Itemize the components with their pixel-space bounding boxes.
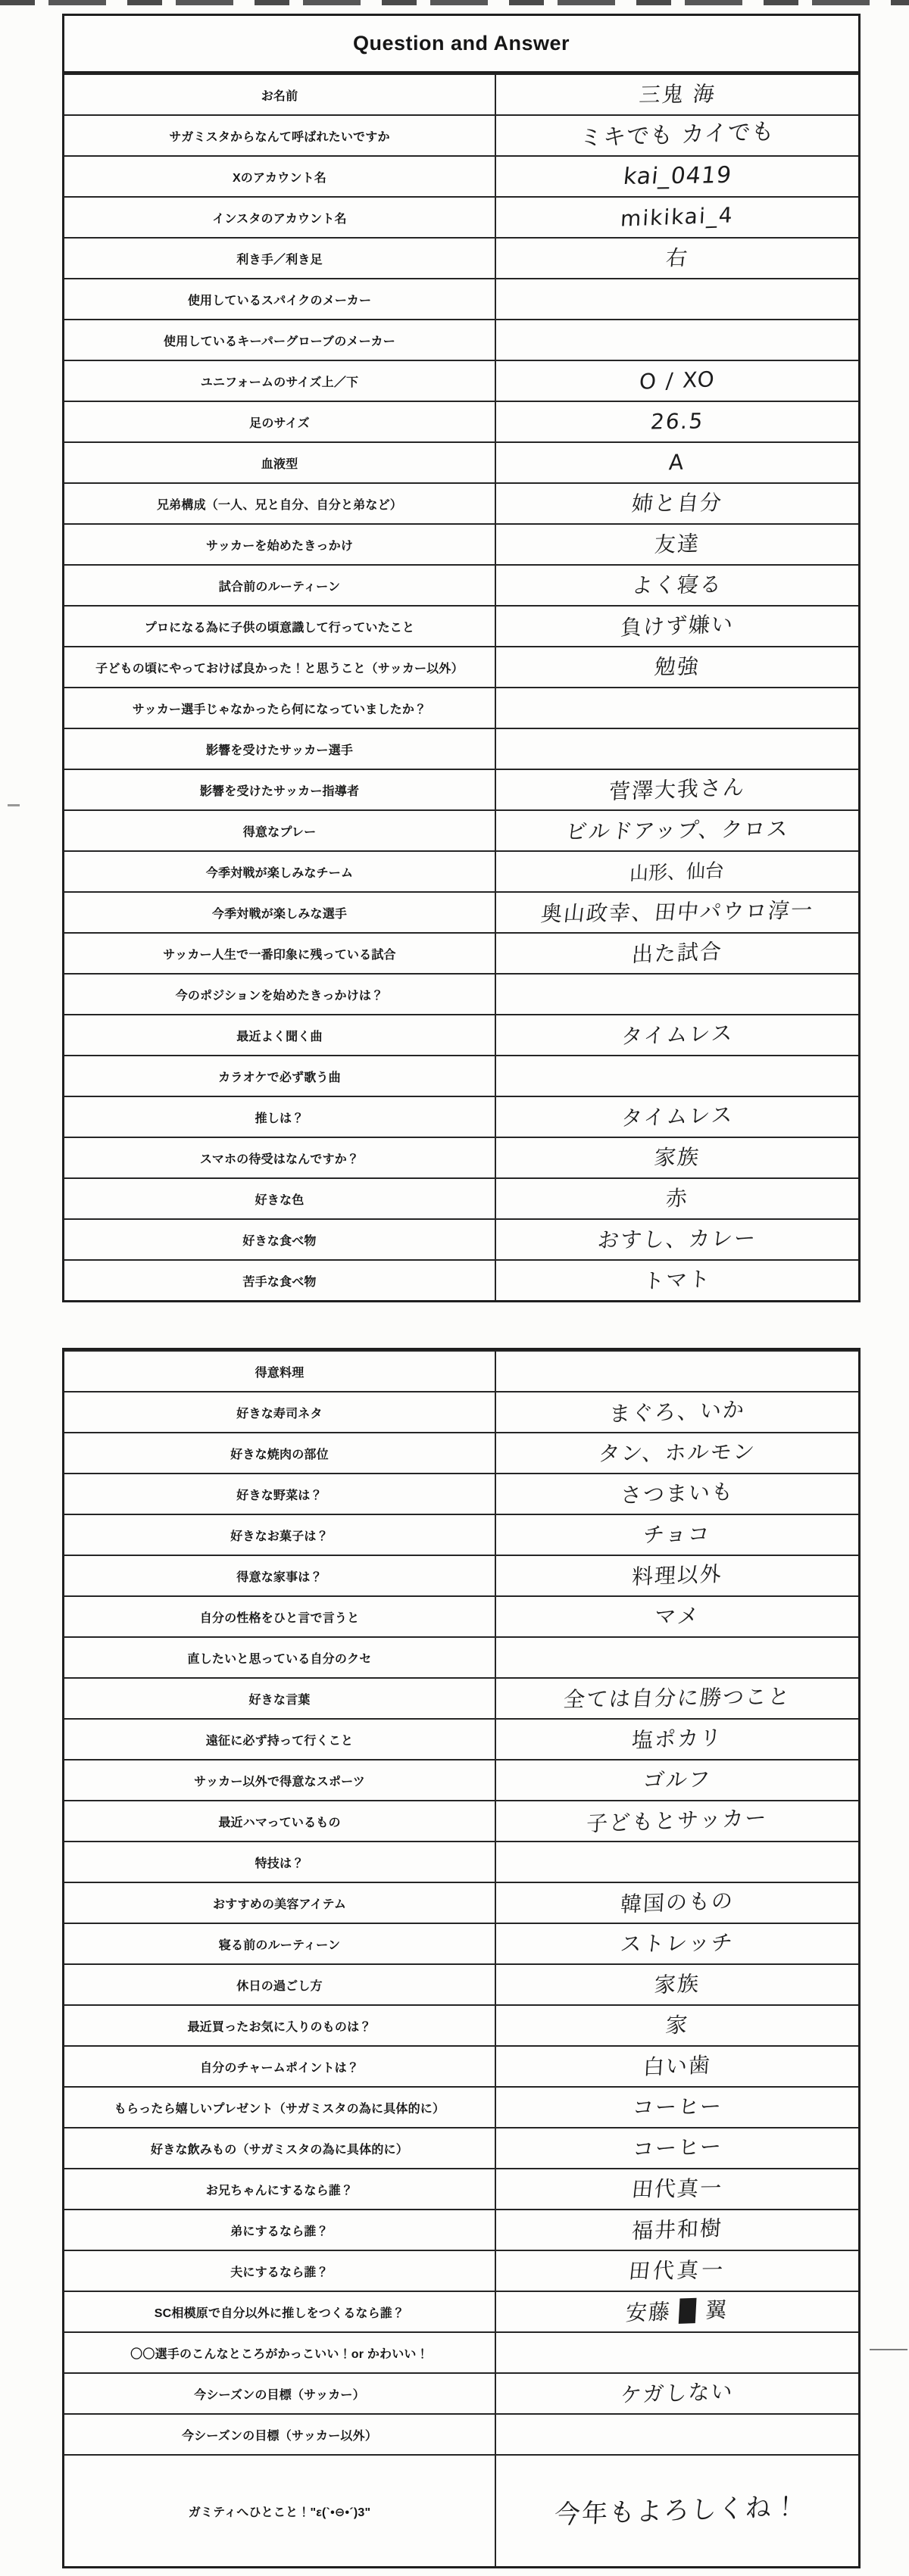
answer-cell: 26.5 bbox=[496, 402, 858, 441]
answer-handwriting: 赤 bbox=[665, 1187, 689, 1209]
answer-cell: 安藤 █ 翼 bbox=[496, 2292, 858, 2331]
answer-cell: 子どもとサッカー bbox=[496, 1801, 858, 1841]
question-cell: 特技は？ bbox=[64, 1842, 496, 1882]
qa-row: 〇〇選手のこんなところがかっこいい！or かわいい！ bbox=[64, 2331, 858, 2372]
qa-row: 最近よく聞く曲 タイムレス bbox=[64, 1014, 858, 1055]
answer-handwriting: タイムレス bbox=[620, 1104, 734, 1129]
qa-row: 好きな言葉 全ては自分に勝つこと bbox=[64, 1677, 858, 1718]
answer-cell: 勉強 bbox=[496, 647, 858, 687]
answer-cell: 家 bbox=[496, 2006, 858, 2045]
question-cell: 好きな食べ物 bbox=[64, 1220, 496, 1259]
question-cell: 最近買ったお気に入りのものは？ bbox=[64, 2006, 496, 2045]
answer-handwriting: ケガしない bbox=[620, 2381, 735, 2406]
qa-row: 兄弟構成（一人、兄と自分、自分と弟など） 姉と自分 bbox=[64, 482, 858, 523]
answer-handwriting: 田代真一 bbox=[630, 2178, 723, 2200]
qa-row: 好きな色 赤 bbox=[64, 1177, 858, 1218]
answer-handwriting: トマト bbox=[642, 1268, 711, 1292]
question-cell: 子どもの頃にやっておけば良かった！と思うこと（サッカー以外） bbox=[64, 647, 496, 687]
answer-handwriting: よく寝る bbox=[630, 574, 723, 597]
answer-cell: 家族 bbox=[496, 1138, 858, 1177]
form-title: Question and Answer bbox=[64, 16, 858, 73]
qa-row: ガミティへひとこと！"ε(`•⊖•´)3" 今年もよろしくね！ bbox=[64, 2454, 858, 2566]
question-cell: 遠征に必ず持って行くこと bbox=[64, 1720, 496, 1759]
qa-row: SC相模原で自分以外に推しをつくるなら誰？ 安藤 █ 翼 bbox=[64, 2291, 858, 2331]
answer-handwriting: 奥山政幸、田中パウロ淳一 bbox=[539, 900, 814, 925]
answer-handwriting: 料理以外 bbox=[631, 1564, 723, 1588]
answer-handwriting: A bbox=[669, 452, 686, 474]
answer-cell bbox=[496, 2415, 858, 2454]
answer-handwriting: kai_0419 bbox=[622, 164, 733, 189]
qa-row: 使用しているキーパーグローブのメーカー bbox=[64, 319, 858, 360]
question-cell: 推しは？ bbox=[64, 1097, 496, 1137]
qa-row: 今季対戦が楽しみなチーム 山形、仙台 bbox=[64, 850, 858, 891]
question-cell: サッカー以外で得意なスポーツ bbox=[64, 1760, 496, 1800]
answer-cell bbox=[496, 1352, 858, 1391]
answer-cell bbox=[496, 320, 858, 360]
qa-row: おすすめの美容アイテム 韓国のもの bbox=[64, 1882, 858, 1923]
qa-row: 最近ハマっているもの 子どもとサッカー bbox=[64, 1800, 858, 1841]
answer-handwriting: コーヒー bbox=[632, 2136, 723, 2160]
question-cell: サガミスタからなんて呼ばれたいですか bbox=[64, 116, 496, 155]
question-cell: 最近ハマっているもの bbox=[64, 1801, 496, 1841]
qa-row: 足のサイズ 26.5 bbox=[64, 401, 858, 441]
question-cell: 苦手な食べ物 bbox=[64, 1261, 496, 1300]
question-cell: 今シーズンの目標（サッカー以外） bbox=[64, 2415, 496, 2454]
answer-cell: 白い歯 bbox=[496, 2047, 858, 2086]
qa-row: サッカー人生で一番印象に残っている試合 出た試合 bbox=[64, 932, 858, 973]
question-cell: 足のサイズ bbox=[64, 402, 496, 441]
answer-handwriting: 韓国のもの bbox=[620, 1890, 734, 1915]
question-cell: ガミティへひとこと！"ε(`•⊖•´)3" bbox=[64, 2456, 496, 2566]
question-cell: おすすめの美容アイテム bbox=[64, 1883, 496, 1923]
answer-handwriting: ストレッチ bbox=[620, 1932, 736, 1955]
question-cell: ユニフォームのサイズ上／下 bbox=[64, 361, 496, 401]
answer-cell: 韓国のもの bbox=[496, 1883, 858, 1923]
question-cell: お名前 bbox=[64, 75, 496, 114]
answer-cell: まぐろ、いか bbox=[496, 1392, 858, 1432]
question-cell: 好きなお菓子は？ bbox=[64, 1515, 496, 1555]
answer-cell bbox=[496, 1056, 858, 1096]
qa-row: 子どもの頃にやっておけば良かった！と思うこと（サッカー以外） 勉強 bbox=[64, 646, 858, 687]
question-cell: Xのアカウント名 bbox=[64, 157, 496, 196]
qa-row: 今季対戦が楽しみな選手 奥山政幸、田中パウロ淳一 bbox=[64, 891, 858, 932]
answer-handwriting: 菅澤大我さん bbox=[608, 777, 745, 803]
question-cell: 弟にするなら誰？ bbox=[64, 2210, 496, 2250]
question-cell: 好きな焼肉の部位 bbox=[64, 1433, 496, 1473]
answer-handwriting: ゴルフ bbox=[642, 1769, 712, 1791]
answer-handwriting: 今年もよろしくね！ bbox=[554, 2493, 801, 2528]
qa-row: 血液型 A bbox=[64, 441, 858, 482]
question-cell: 直したいと思っている自分のクセ bbox=[64, 1638, 496, 1677]
answer-handwriting: 家 bbox=[664, 2015, 689, 2036]
answer-cell: O / XO bbox=[496, 361, 858, 401]
answer-handwriting: 山形、仙台 bbox=[629, 860, 725, 882]
answer-cell bbox=[496, 2333, 858, 2372]
answer-cell: mikikai_4 bbox=[496, 198, 858, 237]
answer-cell: マメ bbox=[496, 1597, 858, 1636]
answer-cell: 菅澤大我さん bbox=[496, 770, 858, 809]
question-cell: スマホの待受はなんですか？ bbox=[64, 1138, 496, 1177]
answer-handwriting: 右 bbox=[664, 248, 689, 269]
answer-handwriting: ビルドアップ、クロス bbox=[564, 819, 790, 843]
answer-cell: 料理以外 bbox=[496, 1556, 858, 1595]
qa-row: プロになる為に子供の頃意識して行っていたこと 負けず嫌い bbox=[64, 605, 858, 646]
qa-row: 寝る前のルーティーン ストレッチ bbox=[64, 1923, 858, 1963]
answer-cell bbox=[496, 1638, 858, 1677]
answer-handwriting: 家族 bbox=[654, 1973, 700, 1996]
answer-cell bbox=[496, 1842, 858, 1882]
qa-row: インスタのアカウント名 mikikai_4 bbox=[64, 196, 858, 237]
answer-cell: 福井和樹 bbox=[496, 2210, 858, 2250]
qa-row: サガミスタからなんて呼ばれたいですか ミキでも カイでも bbox=[64, 114, 858, 155]
question-cell: プロになる為に子供の頃意識して行っていたこと bbox=[64, 607, 496, 646]
qa-row: 休日の過ごし方 家族 bbox=[64, 1963, 858, 2004]
qa-row: 弟にするなら誰？ 福井和樹 bbox=[64, 2209, 858, 2250]
answer-handwriting: 福井和樹 bbox=[631, 2218, 723, 2242]
answer-handwriting: 出た試合 bbox=[631, 941, 723, 965]
answer-cell: おすし、カレー bbox=[496, 1220, 858, 1259]
answer-handwriting: 負けず嫌い bbox=[620, 613, 734, 638]
qa-row: 試合前のルーティーン よく寝る bbox=[64, 564, 858, 605]
qa-row: 好きな食べ物 おすし、カレー bbox=[64, 1218, 858, 1259]
answer-cell: 右 bbox=[496, 239, 858, 278]
question-cell: サッカー人生で一番印象に残っている試合 bbox=[64, 934, 496, 973]
answer-handwriting: タイムレス bbox=[620, 1022, 734, 1047]
qa-row: 好きな野菜は？ さつまいも bbox=[64, 1473, 858, 1514]
answer-cell: よく寝る bbox=[496, 566, 858, 605]
qa-row: 好きなお菓子は？ チョコ bbox=[64, 1514, 858, 1555]
answer-cell: 今年もよろしくね！ bbox=[496, 2456, 858, 2566]
answer-cell: 友達 bbox=[496, 525, 858, 564]
question-cell: 夫にするなら誰？ bbox=[64, 2251, 496, 2291]
question-cell: 休日の過ごし方 bbox=[64, 1965, 496, 2004]
question-cell: 影響を受けたサッカー指導者 bbox=[64, 770, 496, 809]
question-cell: 今シーズンの目標（サッカー） bbox=[64, 2374, 496, 2413]
question-cell: 今季対戦が楽しみな選手 bbox=[64, 893, 496, 932]
question-cell: 得意料理 bbox=[64, 1352, 496, 1391]
qa-row: 影響を受けたサッカー選手 bbox=[64, 728, 858, 769]
question-cell: 最近よく聞く曲 bbox=[64, 1015, 496, 1055]
answer-handwriting: 塩ポカリ bbox=[631, 1727, 723, 1751]
answer-cell: 三鬼 海 bbox=[496, 75, 858, 114]
qa-row: お名前 三鬼 海 bbox=[64, 73, 858, 114]
answer-cell: A bbox=[496, 443, 858, 482]
qa-row: カラオケで必ず歌う曲 bbox=[64, 1055, 858, 1096]
question-cell: 今のポジションを始めたきっかけは？ bbox=[64, 975, 496, 1014]
qa-row: 遠征に必ず持って行くこと 塩ポカリ bbox=[64, 1718, 858, 1759]
answer-handwriting: mikikai_4 bbox=[620, 204, 735, 229]
qa-row: 今のポジションを始めたきっかけは？ bbox=[64, 973, 858, 1014]
answer-cell: 田代真一 bbox=[496, 2169, 858, 2209]
answer-handwriting: まぐろ、いか bbox=[608, 1399, 745, 1425]
qa-rows: お名前 三鬼 海 サガミスタからなんて呼ばれたいですか ミキでも カイでも Xの… bbox=[64, 73, 858, 1300]
qa-row: 影響を受けたサッカー指導者 菅澤大我さん bbox=[64, 769, 858, 809]
question-cell: 得意なプレー bbox=[64, 811, 496, 850]
answer-cell: ストレッチ bbox=[496, 1924, 858, 1963]
qa-row: 好きな飲みもの（サガミスタの為に具体的に） コーヒー bbox=[64, 2127, 858, 2168]
question-cell: 好きな飲みもの（サガミスタの為に具体的に） bbox=[64, 2128, 496, 2168]
qa-table-1: Question and Answer お名前 三鬼 海 サガミスタからなんて呼… bbox=[62, 14, 861, 1302]
question-cell: お兄ちゃんにするなら誰？ bbox=[64, 2169, 496, 2209]
qa-row: 得意な家事は？ 料理以外 bbox=[64, 1555, 858, 1595]
answer-cell: 家族 bbox=[496, 1965, 858, 2004]
qa-row: 推しは？ タイムレス bbox=[64, 1096, 858, 1137]
answer-cell: 山形、仙台 bbox=[496, 852, 858, 891]
answer-cell: 出た試合 bbox=[496, 934, 858, 973]
answer-cell: チョコ bbox=[496, 1515, 858, 1555]
answer-cell: タン、ホルモン bbox=[496, 1433, 858, 1473]
question-cell: 影響を受けたサッカー選手 bbox=[64, 729, 496, 769]
qa-row: 特技は？ bbox=[64, 1841, 858, 1882]
answer-handwriting: 家族 bbox=[653, 1147, 701, 1169]
qa-row: 直したいと思っている自分のクセ bbox=[64, 1636, 858, 1677]
question-cell: サッカー選手じゃなかったら何になっていましたか？ bbox=[64, 688, 496, 728]
answer-cell: 塩ポカリ bbox=[496, 1720, 858, 1759]
qa-row: 苦手な食べ物 トマト bbox=[64, 1259, 858, 1300]
answer-cell: 田代真一 bbox=[496, 2251, 858, 2291]
question-cell: 好きな言葉 bbox=[64, 1679, 496, 1718]
question-cell: 寝る前のルーティーン bbox=[64, 1924, 496, 1963]
question-cell: 自分のチャームポイントは？ bbox=[64, 2047, 496, 2086]
answer-cell: ゴルフ bbox=[496, 1760, 858, 1800]
answer-cell: さつまいも bbox=[496, 1474, 858, 1514]
qa-row: 得意料理 bbox=[64, 1350, 858, 1391]
qa-row: 今シーズンの目標（サッカー以外） bbox=[64, 2413, 858, 2454]
answer-cell bbox=[496, 688, 858, 728]
qa-row: 夫にするなら誰？ 田代真一 bbox=[64, 2250, 858, 2291]
scan-edge-artifact bbox=[0, 0, 909, 5]
answer-cell: 姉と自分 bbox=[496, 484, 858, 523]
answer-handwriting: チョコ bbox=[642, 1523, 712, 1545]
answer-cell bbox=[496, 279, 858, 319]
answer-handwriting: さつまいも bbox=[620, 1481, 734, 1506]
answer-handwriting: おすし、カレー bbox=[596, 1228, 757, 1252]
qa-table-2: 得意料理 好きな寿司ネタ まぐろ、いか 好きな焼肉の部位 タン、ホルモン bbox=[62, 1348, 861, 2568]
answer-handwriting: マメ bbox=[653, 1606, 701, 1628]
qa-row: 好きな寿司ネタ まぐろ、いか bbox=[64, 1391, 858, 1432]
qa-row: 自分の性格をひと言で言うと マメ bbox=[64, 1595, 858, 1636]
qa-row: もらったら嬉しいプレゼント（サガミスタの為に具体的に） コーヒー bbox=[64, 2086, 858, 2127]
question-cell: 好きな野菜は？ bbox=[64, 1474, 496, 1514]
question-cell: 〇〇選手のこんなところがかっこいい！or かわいい！ bbox=[64, 2333, 496, 2372]
answer-cell: ケガしない bbox=[496, 2374, 858, 2413]
question-cell: 利き手／利き足 bbox=[64, 239, 496, 278]
qa-row: サッカー以外で得意なスポーツ ゴルフ bbox=[64, 1759, 858, 1800]
question-cell: 好きな色 bbox=[64, 1179, 496, 1218]
answer-handwriting: 友達 bbox=[654, 533, 700, 556]
scan-mark bbox=[8, 804, 20, 806]
question-cell: 自分の性格をひと言で言うと bbox=[64, 1597, 496, 1636]
answer-cell bbox=[496, 729, 858, 769]
qa-row: サッカー選手じゃなかったら何になっていましたか？ bbox=[64, 687, 858, 728]
question-cell: カラオケで必ず歌う曲 bbox=[64, 1056, 496, 1096]
question-cell: 今季対戦が楽しみなチーム bbox=[64, 852, 496, 891]
answer-handwriting: タン、ホルモン bbox=[598, 1442, 757, 1465]
question-cell: サッカーを始めたきっかけ bbox=[64, 525, 496, 564]
question-cell: 好きな寿司ネタ bbox=[64, 1392, 496, 1432]
answer-cell: コーヒー bbox=[496, 2088, 858, 2127]
answer-handwriting: 勉強 bbox=[653, 656, 701, 678]
qa-row: 今シーズンの目標（サッカー） ケガしない bbox=[64, 2372, 858, 2413]
answer-cell: タイムレス bbox=[496, 1097, 858, 1137]
question-cell: 使用しているスパイクのメーカー bbox=[64, 279, 496, 319]
qa-row: 使用しているスパイクのメーカー bbox=[64, 278, 858, 319]
answer-cell: 奥山政幸、田中パウロ淳一 bbox=[496, 893, 858, 932]
answer-cell: タイムレス bbox=[496, 1015, 858, 1055]
qa-row: 自分のチャームポイントは？ 白い歯 bbox=[64, 2045, 858, 2086]
qa-row: お兄ちゃんにするなら誰？ 田代真一 bbox=[64, 2168, 858, 2209]
question-cell: 得意な家事は？ bbox=[64, 1556, 496, 1595]
question-cell: SC相模原で自分以外に推しをつくるなら誰？ bbox=[64, 2292, 496, 2331]
answer-cell: kai_0419 bbox=[496, 157, 858, 196]
question-cell: 試合前のルーティーン bbox=[64, 566, 496, 605]
answer-cell bbox=[496, 975, 858, 1014]
scan-speckles bbox=[0, 0, 2, 2]
answer-handwriting: 田代真一 bbox=[627, 2259, 726, 2282]
answer-cell: 全ては自分に勝つこと bbox=[496, 1679, 858, 1718]
qa-row: サッカーを始めたきっかけ 友達 bbox=[64, 523, 858, 564]
answer-handwriting: 全ては自分に勝つこと bbox=[562, 1686, 792, 1711]
answer-handwriting: 白い歯 bbox=[642, 2054, 711, 2078]
question-cell: 兄弟構成（一人、兄と自分、自分と弟など） bbox=[64, 484, 496, 523]
answer-cell: ビルドアップ、クロス bbox=[496, 811, 858, 850]
answer-handwriting: 姉と自分 bbox=[630, 492, 723, 515]
qa-row: スマホの待受はなんですか？ 家族 bbox=[64, 1137, 858, 1177]
question-cell: もらったら嬉しいプレゼント（サガミスタの為に具体的に） bbox=[64, 2088, 496, 2127]
answer-handwriting: 安藤 █ 翼 bbox=[626, 2300, 729, 2325]
answer-cell: トマト bbox=[496, 1261, 858, 1300]
answer-handwriting: O / XO bbox=[639, 369, 716, 393]
qa-row: 利き手／利き足 右 bbox=[64, 237, 858, 278]
qa-row: 好きな焼肉の部位 タン、ホルモン bbox=[64, 1432, 858, 1473]
question-cell: 使用しているキーパーグローブのメーカー bbox=[64, 320, 496, 360]
answer-handwriting: ミキでも カイでも bbox=[579, 120, 775, 150]
answer-handwriting: 三鬼 海 bbox=[638, 83, 717, 105]
question-cell: 血液型 bbox=[64, 443, 496, 482]
qa-row: 得意なプレー ビルドアップ、クロス bbox=[64, 809, 858, 850]
scanned-qa-form: Question and Answer お名前 三鬼 海 サガミスタからなんて呼… bbox=[0, 0, 909, 2576]
answer-cell: ミキでも カイでも bbox=[496, 116, 858, 155]
answer-handwriting: 子どもとサッカー bbox=[586, 1807, 769, 1835]
question-cell: インスタのアカウント名 bbox=[64, 198, 496, 237]
qa-row: ユニフォームのサイズ上／下 O / XO bbox=[64, 360, 858, 401]
answer-handwriting: 26.5 bbox=[649, 410, 704, 432]
scan-mark bbox=[870, 2349, 907, 2350]
qa-row: 最近買ったお気に入りのものは？ 家 bbox=[64, 2004, 858, 2045]
answer-handwriting: コーヒー bbox=[631, 2096, 723, 2119]
answer-cell: コーヒー bbox=[496, 2128, 858, 2168]
qa-rows: 得意料理 好きな寿司ネタ まぐろ、いか 好きな焼肉の部位 タン、ホルモン bbox=[64, 1350, 858, 2566]
answer-cell: 負けず嫌い bbox=[496, 607, 858, 646]
answer-cell: 赤 bbox=[496, 1179, 858, 1218]
qa-row: Xのアカウント名 kai_0419 bbox=[64, 155, 858, 196]
